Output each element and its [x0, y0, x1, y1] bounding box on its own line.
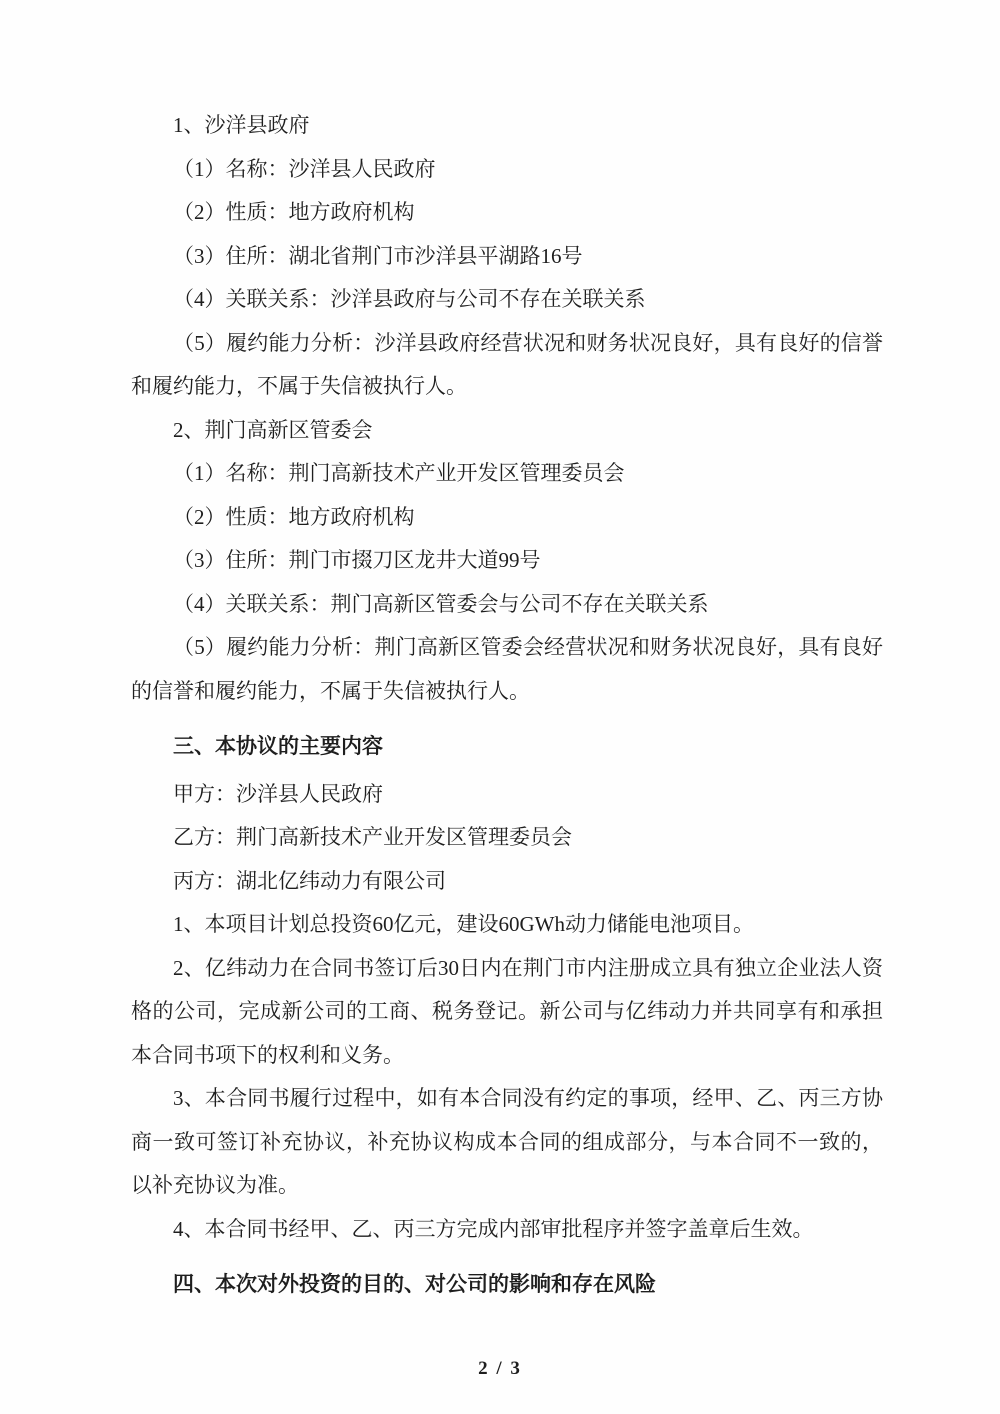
paragraph: （2）性质：地方政府机构 — [131, 496, 883, 540]
paragraph: （3）住所：荆门市掇刀区龙井大道99号 — [131, 539, 883, 583]
paragraph: 3、本合同书履行过程中，如有本合同没有约定的事项，经甲、乙、丙三方协商一致可签订… — [131, 1077, 883, 1208]
paragraph: 2、亿纬动力在合同书签订后30日内在荆门市内注册成立具有独立企业法人资格的公司，… — [131, 947, 883, 1078]
paragraph: （5）履约能力分析：荆门高新区管委会经营状况和财务状况良好，具有良好的信誉和履约… — [131, 626, 883, 713]
document-page: 1、沙洋县政府（1）名称：沙洋县人民政府（2）性质：地方政府机构（3）住所：湖北… — [0, 0, 1000, 1414]
paragraph: 4、本合同书经甲、乙、丙三方完成内部审批程序并签字盖章后生效。 — [131, 1208, 883, 1252]
paragraph: 丙方：湖北亿纬动力有限公司 — [131, 860, 883, 904]
paragraph: （3）住所：湖北省荆门市沙洋县平湖路16号 — [131, 235, 883, 279]
paragraph: 2、荆门高新区管委会 — [131, 409, 883, 453]
section-heading: 四、本次对外投资的目的、对公司的影响和存在风险 — [131, 1263, 883, 1307]
section-heading: 三、本协议的主要内容 — [131, 725, 883, 769]
paragraph: （1）名称：沙洋县人民政府 — [131, 148, 883, 192]
paragraph: 甲方：沙洋县人民政府 — [131, 773, 883, 817]
paragraph: （2）性质：地方政府机构 — [131, 191, 883, 235]
paragraph: （4）关联关系：沙洋县政府与公司不存在关联关系 — [131, 278, 883, 322]
page-number: 2 / 3 — [0, 1358, 1000, 1380]
paragraph: （4）关联关系：荆门高新区管委会与公司不存在关联关系 — [131, 583, 883, 627]
paragraph: 乙方：荆门高新技术产业开发区管理委员会 — [131, 816, 883, 860]
paragraph: （5）履约能力分析：沙洋县政府经营状况和财务状况良好，具有良好的信誉和履约能力，… — [131, 322, 883, 409]
paragraph: 1、沙洋县政府 — [131, 104, 883, 148]
paragraph: 1、本项目计划总投资60亿元，建设60GWh动力储能电池项目。 — [131, 903, 883, 947]
paragraph: （1）名称：荆门高新技术产业开发区管理委员会 — [131, 452, 883, 496]
document-body: 1、沙洋县政府（1）名称：沙洋县人民政府（2）性质：地方政府机构（3）住所：湖北… — [131, 104, 883, 1311]
